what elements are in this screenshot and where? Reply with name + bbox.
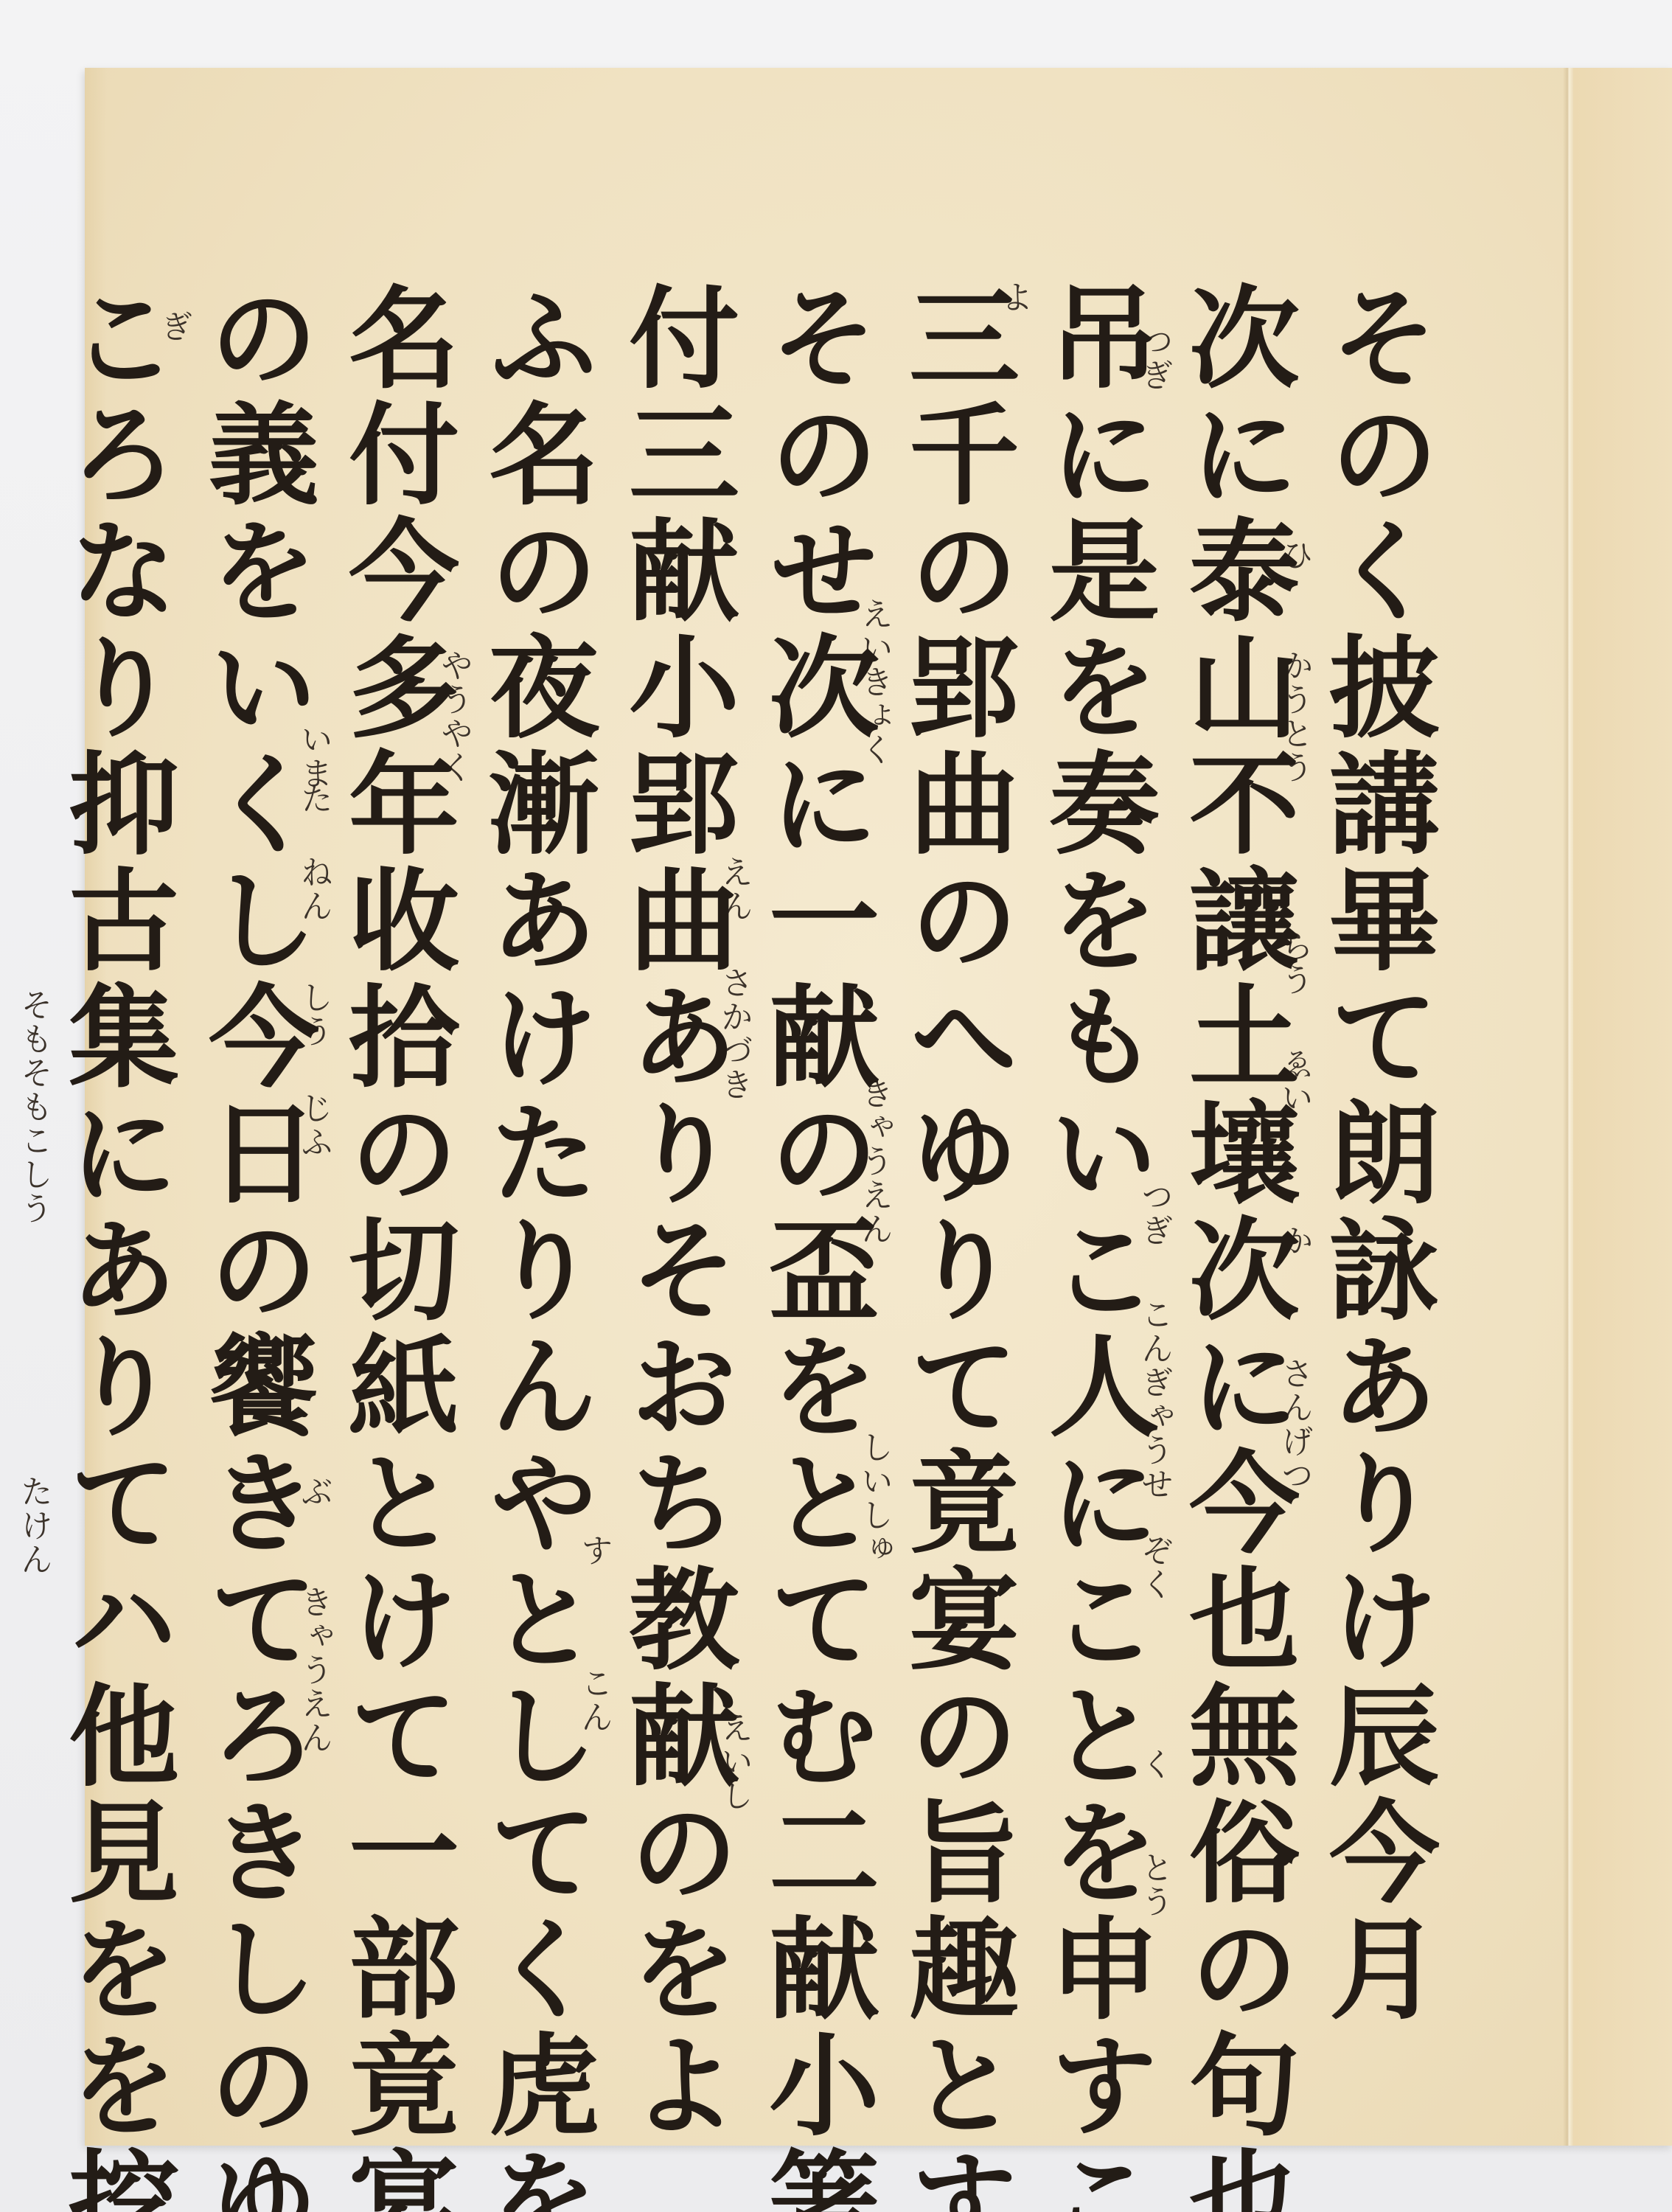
column-text: そのせ次に一献の盃をとてむ二献小箸伸る — [745, 280, 885, 2087]
text-column: そのせ次に一献の盃をとてむ二献小箸伸るえんさかづきえいし — [745, 280, 885, 2087]
text-column: ふ名の夜漸あけたりんやとしてく虎をやうやく — [464, 280, 605, 2087]
text-column: の義をいくし今日の饗きてろきしのゆくやとぎ — [184, 280, 324, 2087]
column-text: ふ名の夜漸あけたりんやとしてく虎を — [464, 280, 605, 2087]
column-text: 次に泰山不讓土壤次に今也無俗の句也 — [1165, 280, 1305, 2087]
furigana: たけん — [15, 1475, 52, 1576]
text-column: 名付今多年收拾の切紙とけて一部竟宴いまたねんしうじふぶきゃうえん — [324, 280, 464, 2087]
binding-fold — [1563, 68, 1573, 2146]
column-text: そのく披講畢て朗詠ありけ辰今月 — [1305, 280, 1445, 2087]
column-text: ころなり抑古集にありてハ他見をを挖つまで — [44, 280, 184, 2087]
column-text: 名付今多年收拾の切紙とけて一部竟宴 — [324, 280, 464, 2087]
column-text: 吊に是を奏をもいこ人にことを申すこの — [1025, 280, 1165, 2087]
facing-page-strip — [1573, 68, 1672, 2146]
text-column: 付三献小郢曲ありそおち教献のをよすこん — [605, 280, 745, 2087]
text-column: ころなり抑古集にありてハ他見をを挖つまでそもそもこしうたけん — [44, 280, 184, 2087]
text-column: 三千の郢曲のへゆりて竟宴の旨趣とすえいきょくきゃうえんしいしゅ — [885, 280, 1025, 2087]
text-column: 吊に是を奏をもいこ人にことを申すこのよ — [1025, 280, 1165, 2087]
column-text: 三千の郢曲のへゆりて竟宴の旨趣とす — [885, 280, 1025, 2087]
column-text: の義をいくし今日の饗きてろきしのゆくやと — [184, 280, 324, 2087]
text-block: そのく披講畢て朗詠ありけ辰今月ひかうとうらうゑいかさんげつ次に泰山不讓土壤次に今… — [221, 280, 1445, 2087]
text-column: そのく披講畢て朗詠ありけ辰今月ひかうとうらうゑいかさんげつ — [1305, 280, 1445, 2087]
column-text: 付三献小郢曲ありそおち教献のをよ — [605, 280, 745, 2087]
text-column: 次に泰山不讓土壤次に今也無俗の句也つぎつぎこんぎゃうせぞくくとう — [1165, 280, 1305, 2087]
furigana: そもそもこしう — [15, 988, 52, 1225]
